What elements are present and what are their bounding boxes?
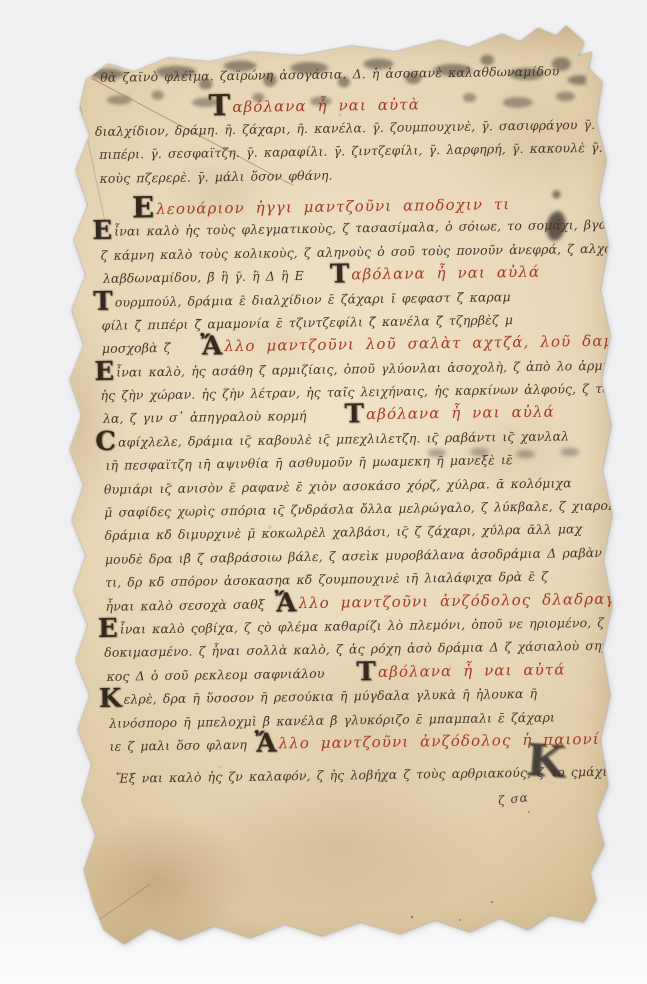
body-text: ἶναι καλὸ ςοβίχα, ζ ςὸ φλέμα καθαρίζι λὸ…	[120, 614, 646, 636]
rubric-text: λλο μαντζοῦνι λοῦ σαλὰτ αχτζά, λοῦ δαμασ…	[224, 331, 647, 355]
body-text: ζ κάμνη καλὸ τοὺς κολικοὺς, ζ αληνοὺς ὁ …	[101, 240, 647, 263]
body-text: λινόσπορο η̄ μπελοχμὶ β̄ κανέλα β̄ γλυκό…	[109, 709, 555, 730]
body-text: διαλχίδιον, δράμη. η̄. ζάχαρι, η̄. κανέλ…	[95, 117, 596, 139]
body-text: μοσχοβὰ ζ̄	[102, 340, 171, 356]
rubric-text: αβόλανα ἦ ναι αὐλά	[366, 403, 555, 424]
rubric-text: αβόλανα ἦ ναι αὐλά	[351, 263, 540, 284]
text-block: θὰ ζαϊνὸ φλέϊμα. ζαϊρώνη ἀσογάσια. Δ. ἡ …	[90, 59, 596, 791]
manuscript-line: θὰ ζαϊνὸ φλέϊμα. ζαϊρώνη ἀσογάσια. Δ. ἡ …	[90, 59, 586, 89]
body-text: μουδὲ δρα ιβ̄ ζ σαβράσοιω βάλε, ζ ασεὶκ …	[105, 545, 602, 567]
catchword: ζ σα	[497, 790, 529, 808]
body-text: κοὺς πζερερὲ. γ̄. μάλι ὅσον φθάνη.	[99, 167, 332, 185]
body-text: αφίχλελε, δράμια ιϛ̄ καβουλὲ ιϛ̄ μπεχλιλ…	[118, 428, 569, 449]
body-text: πιπέρι. γ̄. σεσφαϊτζη. γ̄. καραφίλι. γ̄.…	[99, 140, 603, 162]
body-text: θὰ ζαϊνὸ φλέϊμα. ζαϊρώνη ἀσογάσια. Δ. ἡ …	[100, 63, 559, 84]
body-text: ἶναι καλὸ ἠς τοὺς φλεγματικοὺς, ζ τασασί…	[114, 216, 647, 239]
manuscript-page: θὰ ζαϊνὸ φλέϊμα. ζαϊρώνη ἀσογάσια. Δ. ἡ …	[40, 22, 624, 958]
body-text: φίλι ζ̄ πιπέρι ζ̄ αμαμονία ε̄ τζιντζεφίλ…	[102, 312, 514, 333]
margin-letter: Κ	[525, 739, 566, 786]
body-text: Ἔξ ναι καλὸ ἠς ζν καλαφόν, ζ ἠς λοβήχα ζ…	[116, 763, 647, 786]
body-text: λαβδωναμίδου, β̄ ἢ γ̄. ἢ Δ ἢ Ε	[103, 268, 304, 286]
rubric-text: αβόλανα ἦ ναι αὐτά	[378, 660, 566, 681]
body-text: ἦναι καλὸ σεσοχὰ σαθξ	[105, 596, 264, 613]
body-text: κος Δ ὁ σοῦ ρεκλεομ σαφνιάλου	[106, 666, 324, 684]
body-text: ιη̄ πεσφαϊτζη ιη̄ αψινθία η̄ ασθυμοῦν η̄…	[105, 452, 512, 473]
body-text: λα, ζ γιν σ᾽ ἀπηγραλοὺ κορμή	[103, 408, 307, 426]
body-text: ιε ζ μαλι ὅσο φλανη	[109, 737, 247, 754]
body-text: ουρμπούλ, δράμια ε̄ διαλχίδιον ε̄ ζάχαρι…	[115, 289, 511, 310]
body-text: μ̄ σαφίδες χωρὶς σπόρια ιϛ̄ ζνδράσλα ὄλλ…	[104, 497, 640, 519]
line-gap	[307, 420, 345, 421]
body-text: ἶναι καλὸ, ἠς ασάθη ζ αρμιζίαις, ὁποῦ γλ…	[116, 357, 647, 380]
manuscript-page-wrap: θὰ ζαϊνὸ φλέϊμα. ζαϊρώνη ἀσογάσια. Δ. ἡ …	[40, 22, 624, 958]
body-text: ελρὲ, δρα η̄ ὕσοσον η̄ ρεσούκια η̄ μύγδα…	[123, 686, 537, 707]
body-text: δράμια κδ̄ διμυρχινὲ μ̄ κοκωλρὲλ χαλβάσι…	[104, 522, 582, 544]
rubric-text: αβόλανα ἦ ναι αὐτὰ	[232, 96, 420, 117]
body-text: θυμιάρι ιϛ̄ ανισὸν ε̄ ραφανὲ ε̄ χιὸν ασο…	[104, 475, 572, 497]
scan-background: θὰ ζαϊνὸ φλέϊμα. ζαϊρώνη ἀσογάσια. Δ. ἡ …	[0, 0, 647, 984]
bottom-crease-line	[98, 883, 151, 921]
rubric-text: λλο μαντζοῦνι ἀνζόδολος δλαδραγα κανθὸς	[298, 588, 647, 612]
manuscript-line: Ἔξ ναι καλὸ ἠς ζν καλαφόν, ζ ἠς λοβήχα ζ…	[100, 760, 596, 790]
body-text: ἠς ζὴν χώραν. ἠς ζὴν λέτραν, ἠς ταῖς λει…	[100, 380, 647, 403]
body-text: τι, δρ κδ̄ σπόρον ἀσοκασηα κδ̄ ζουμπουχι…	[105, 569, 548, 590]
rubric-text: λλο μαντζοῦνι ἀνζόδολος ἡ παιονίας	[278, 730, 620, 753]
